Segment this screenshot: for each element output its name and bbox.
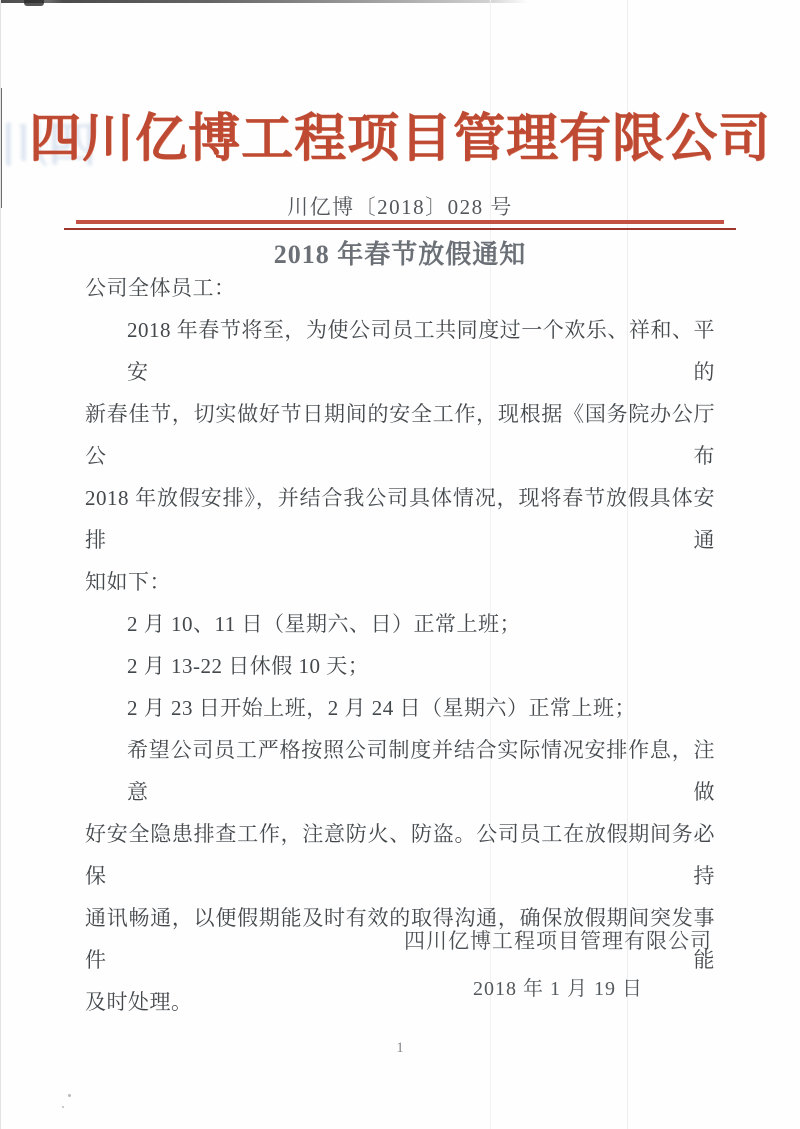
body-line: 公司全体员工： bbox=[85, 267, 715, 309]
scan-speck bbox=[62, 1106, 64, 1108]
page-number: 1 bbox=[0, 1040, 800, 1057]
signature-date: 2018 年 1 月 19 日 bbox=[404, 972, 712, 1001]
notice-title: 2018 年春节放假通知 bbox=[0, 234, 800, 271]
body-line: 2018 年春节将至，为使公司员工共同度过一个欢乐、祥和、平安的 bbox=[85, 309, 715, 393]
body-line: 知如下： bbox=[85, 561, 715, 603]
red-rule-thin bbox=[64, 228, 736, 230]
document-number: 川亿博〔2018〕028 号 bbox=[0, 191, 800, 221]
scan-speck bbox=[68, 1094, 71, 1097]
scan-edge-blob bbox=[24, 0, 44, 6]
company-letterhead-title: 四川亿博工程项目管理有限公司 bbox=[0, 96, 800, 171]
body-line: 希望公司员工严格按照公司制度并结合实际情况安排作息，注意做 bbox=[85, 729, 715, 813]
body-line: 好安全隐患排查工作，注意防火、防盗。公司员工在放假期间务必保持 bbox=[85, 813, 715, 897]
body-line: 2018 年放假安排》，并结合我公司具体情况，现将春节放假具体安排通 bbox=[85, 477, 715, 561]
signature-block: 四川亿博工程项目管理有限公司 2018 年 1 月 19 日 bbox=[404, 925, 712, 1001]
scan-edge-top bbox=[0, 0, 528, 3]
document-page: 四川亿 四川亿博工程项目管理有限公司 川亿博〔2018〕028 号 2018 年… bbox=[0, 0, 800, 1129]
red-rule-thick bbox=[76, 220, 724, 224]
body-line: 新春佳节，切实做好节日期间的安全工作，现根据《国务院办公厅公布 bbox=[85, 393, 715, 477]
body-line: 2 月 23 日开始上班，2 月 24 日（星期六）正常上班； bbox=[85, 687, 715, 729]
signature-company: 四川亿博工程项目管理有限公司 bbox=[404, 925, 712, 955]
body-line: 2 月 10、11 日（星期六、日）正常上班； bbox=[85, 603, 715, 645]
body-line: 2 月 13-22 日休假 10 天； bbox=[85, 645, 715, 687]
body-text: 公司全体员工：2018 年春节将至，为使公司员工共同度过一个欢乐、祥和、平安的新… bbox=[85, 267, 715, 1023]
